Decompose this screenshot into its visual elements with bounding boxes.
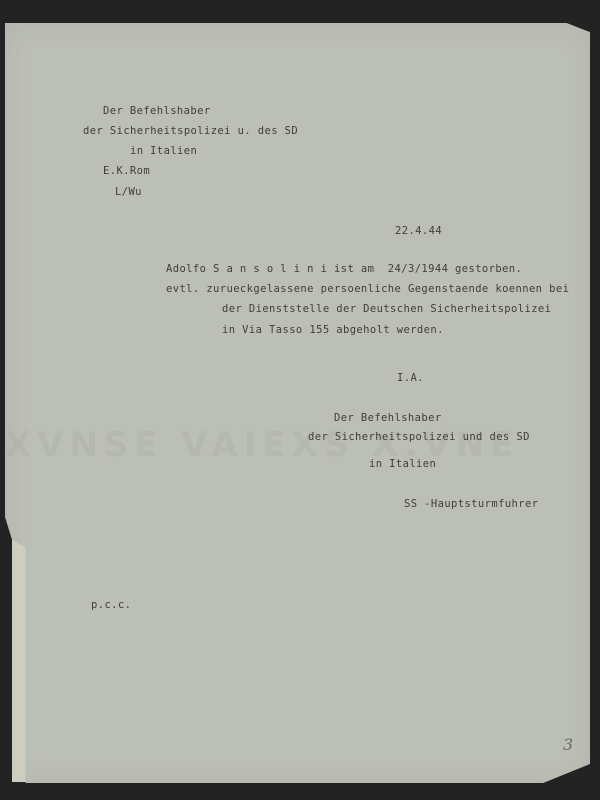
pco-notation: p.c.c. [91, 599, 131, 611]
document-date: 22.4.44 [395, 225, 442, 237]
signature-line-3: in Italien [369, 458, 436, 470]
signature-line-1: Der Befehlshaber [334, 412, 442, 424]
body-line-3: der Dienststelle der Deutschen Sicherhei… [222, 303, 551, 315]
letterhead-reference: E.K.Rom [103, 165, 150, 177]
scan-background: XVNSE VAIEXS X.VNE Der Befehlshaber der … [0, 0, 600, 800]
signature-rank: SS -Hauptsturmfuhrer [404, 498, 538, 510]
body-line-4: in Via Tasso 155 abgeholt werden. [222, 324, 444, 336]
document-page [5, 23, 590, 783]
letterhead-line-3: in Italien [130, 145, 197, 157]
body-line-1: Adolfo S a n s o l i n i ist am 24/3/194… [166, 263, 522, 275]
signature-ia: I.A. [397, 372, 424, 384]
signature-line-2: der Sicherheitspolizei und des SD [308, 431, 530, 443]
handwritten-page-number: 3 [563, 735, 573, 754]
body-line-2: evtl. zurueckgelassene persoenliche Gege… [166, 283, 569, 295]
letterhead-line-1: Der Befehlshaber [103, 105, 211, 117]
letterhead-initials: L/Wu [115, 186, 142, 198]
letterhead-line-2: der Sicherheitspolizei u. des SD [83, 125, 298, 137]
